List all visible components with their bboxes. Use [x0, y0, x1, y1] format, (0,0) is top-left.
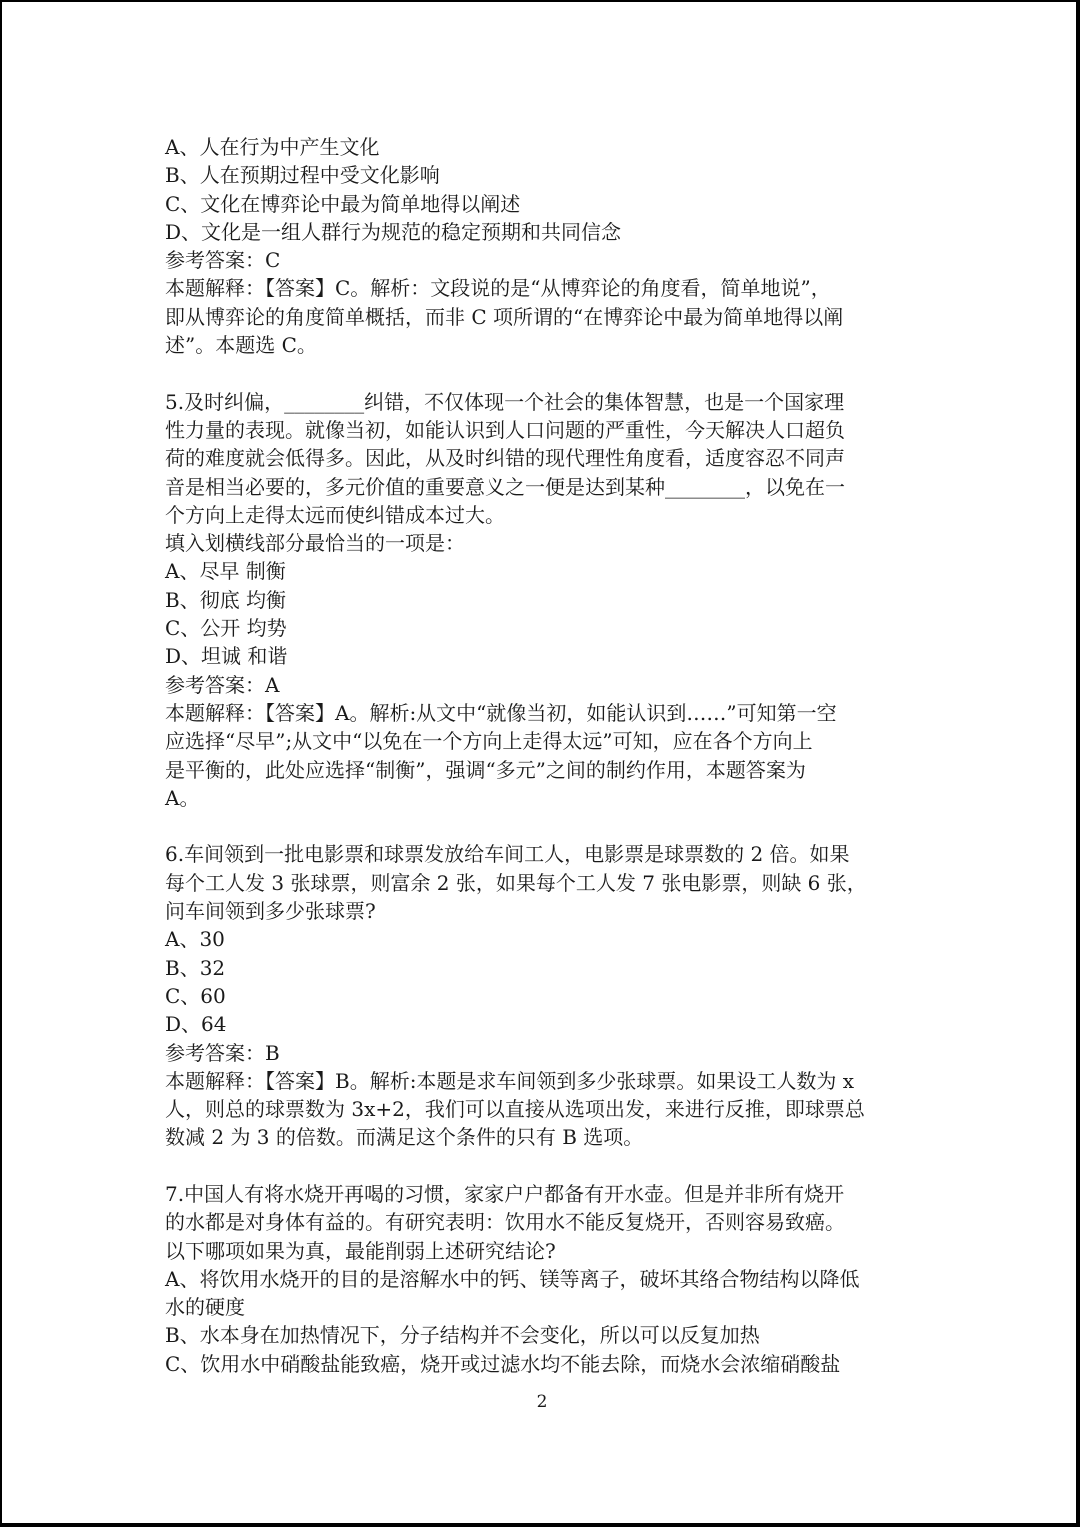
option-a: A、30	[165, 925, 925, 953]
option-d: D、64	[165, 1010, 925, 1038]
option-c: C、饮用水中硝酸盐能致癌，烧开或过滤水均不能去除，而烧水会浓缩硝酸盐	[165, 1350, 925, 1378]
explanation-line: 本题解释：【答案】B。解析:本题是求车间领到多少张球票。如果设工人数为 x	[165, 1067, 925, 1095]
page-number: 2	[2, 1392, 1080, 1412]
question-stem-line: 的水都是对身体有益的。有研究表明：饮用水不能反复烧开，否则容易致癌。	[165, 1208, 925, 1236]
question-stem-line: 问车间领到多少张球票?	[165, 897, 925, 925]
question-7-block: 7.中国人有将水烧开再喝的习惯，家家户户都备有开水壶。但是并非所有烧开 的水都是…	[165, 1180, 925, 1378]
option-b: B、32	[165, 954, 925, 982]
reference-answer: 参考答案：B	[165, 1039, 925, 1067]
question-stem-line: 性力量的表现。就像当初，如能认识到人口问题的严重性，今天解决人口超负	[165, 416, 925, 444]
option-a-continued: 水的硬度	[165, 1293, 925, 1321]
spacer	[165, 1152, 925, 1180]
question-stem-line: 个方向上走得太远而使纠错成本过大。	[165, 501, 925, 529]
explanation-line: A。	[165, 784, 925, 812]
option-a: A、将饮用水烧开的目的是溶解水中的钙、镁等离子，破坏其络合物结构以降低	[165, 1265, 925, 1293]
reference-answer: 参考答案：C	[165, 246, 925, 274]
question-prompt: 填入划横线部分最恰当的一项是：	[165, 529, 925, 557]
question-stem-line: 以下哪项如果为真，最能削弱上述研究结论?	[165, 1237, 925, 1265]
explanation-line: 是平衡的，此处应选择“制衡”，强调“多元”之间的制约作用，本题答案为	[165, 756, 925, 784]
question-stem-line: 每个工人发 3 张球票，则富余 2 张，如果每个工人发 7 张电影票，则缺 6 …	[165, 869, 925, 897]
question-stem-line: 5.及时纠偏，________纠错，不仅体现一个社会的集体智慧，也是一个国家理	[165, 388, 925, 416]
question-stem-line: 7.中国人有将水烧开再喝的习惯，家家户户都备有开水壶。但是并非所有烧开	[165, 1180, 925, 1208]
option-d: D、坦诚 和谐	[165, 642, 925, 670]
question-4-block: A、人在行为中产生文化 B、人在预期过程中受文化影响 C、文化在博弈论中最为简单…	[165, 133, 925, 359]
explanation-line: 即从博弈论的角度简单概括，而非 C 项所谓的“在博弈论中最为简单地得以阐	[165, 303, 925, 331]
option-b: B、水本身在加热情况下，分子结构并不会变化，所以可以反复加热	[165, 1321, 925, 1349]
question-stem-line: 荷的难度就会低得多。因此，从及时纠错的现代理性角度看，适度容忍不同声	[165, 444, 925, 472]
explanation-line: 本题解释：【答案】C。解析：文段说的是“从博弈论的角度看，简单地说”，	[165, 274, 925, 302]
explanation-line: 数减 2 为 3 的倍数。而满足这个条件的只有 B 选项。	[165, 1123, 925, 1151]
page-content: A、人在行为中产生文化 B、人在预期过程中受文化影响 C、文化在博弈论中最为简单…	[165, 133, 925, 1378]
option-a: A、人在行为中产生文化	[165, 133, 925, 161]
option-c: C、文化在博弈论中最为简单地得以阐述	[165, 190, 925, 218]
option-c: C、60	[165, 982, 925, 1010]
spacer	[165, 812, 925, 840]
document-page: A、人在行为中产生文化 B、人在预期过程中受文化影响 C、文化在博弈论中最为简单…	[0, 0, 1080, 1527]
question-6-block: 6.车间领到一批电影票和球票发放给车间工人，电影票是球票数的 2 倍。如果 每个…	[165, 840, 925, 1151]
option-a: A、尽早 制衡	[165, 557, 925, 585]
option-c: C、公开 均势	[165, 614, 925, 642]
reference-answer: 参考答案：A	[165, 671, 925, 699]
explanation-line: 述”。本题选 C。	[165, 331, 925, 359]
option-b: B、人在预期过程中受文化影响	[165, 161, 925, 189]
explanation-line: 本题解释：【答案】A。解析:从文中“就像当初，如能认识到……”可知第一空	[165, 699, 925, 727]
question-stem-line: 6.车间领到一批电影票和球票发放给车间工人，电影票是球票数的 2 倍。如果	[165, 840, 925, 868]
explanation-line: 人，则总的球票数为 3x+2，我们可以直接从选项出发，来进行反推，即球票总	[165, 1095, 925, 1123]
option-b: B、彻底 均衡	[165, 586, 925, 614]
explanation-line: 应选择“尽早”;从文中“以免在一个方向上走得太远”可知，应在各个方向上	[165, 727, 925, 755]
question-stem-line: 音是相当必要的，多元价值的重要意义之一便是达到某种________，以免在一	[165, 473, 925, 501]
spacer	[165, 359, 925, 387]
option-d: D、文化是一组人群行为规范的稳定预期和共同信念	[165, 218, 925, 246]
question-5-block: 5.及时纠偏，________纠错，不仅体现一个社会的集体智慧，也是一个国家理 …	[165, 388, 925, 812]
